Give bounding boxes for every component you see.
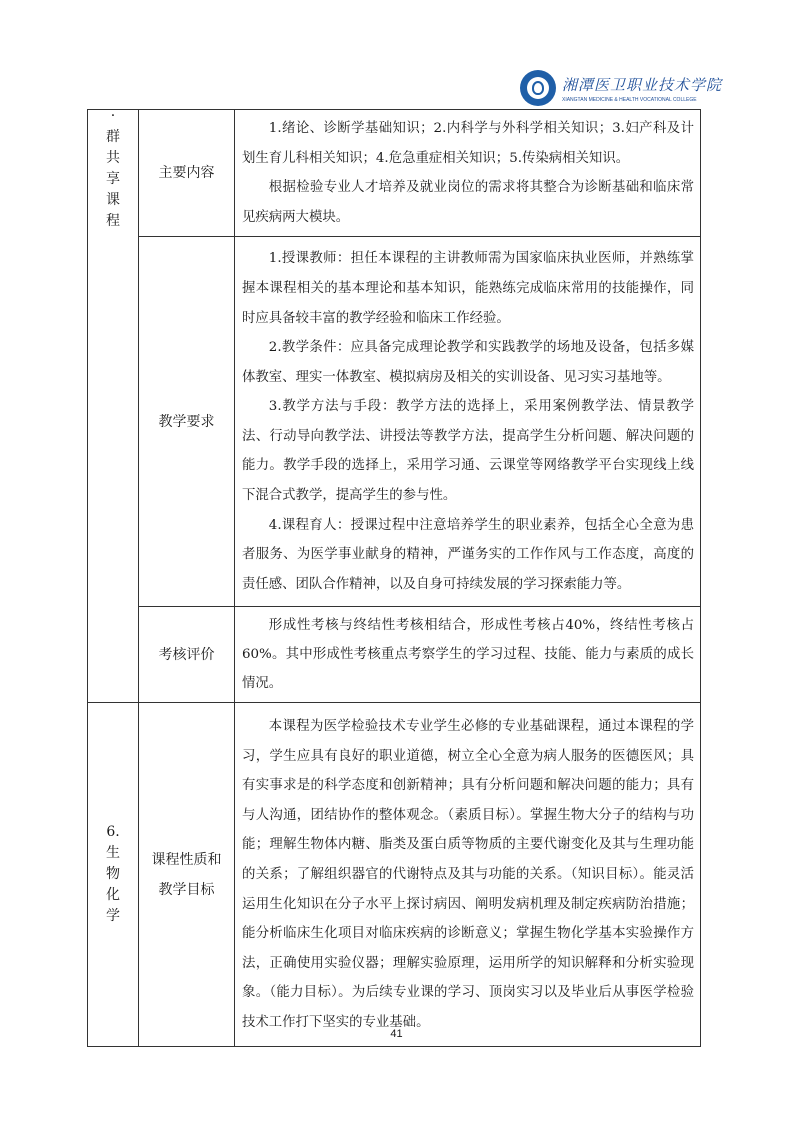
- category-char: ·: [88, 106, 138, 127]
- table-row: 6. 生 物 化 学 课程性质和 教学目标 本课程为医学检验技术专业学生必修的专…: [88, 703, 701, 1047]
- content-paragraph: 1.授课教师：担任本课程的主讲教师需为国家临床执业医师，并熟练掌握本课程相关的基…: [242, 244, 694, 333]
- category-char: 6.: [88, 822, 138, 843]
- category-char: 课: [88, 190, 138, 211]
- item-label-cell: 考核评价: [139, 607, 235, 703]
- content-paragraph: 4.课程育人：授课过程中注意培养学生的职业素养，包括全心全意为患者服务、为医学事…: [242, 511, 694, 600]
- content-paragraph: 根据检验专业人才培养及就业岗位的需求将其整合为诊断基础和临床常见疾病两大模块。: [242, 173, 694, 232]
- content-cell: 1.授课教师：担任本课程的主讲教师需为国家临床执业医师，并熟练掌握本课程相关的基…: [235, 237, 701, 607]
- content-cell: 本课程为医学检验技术专业学生必修的专业基础课程，通过本课程的学习，学生应具有良好…: [235, 703, 701, 1047]
- school-name: 湘潭医卫职业技术学院 XIANGTAN MEDICINE & HEALTH VO…: [562, 74, 722, 103]
- content-cell: 1.绪论、诊断学基础知识；2.内科学与外科学相关知识；3.妇产科及计划生育儿科相…: [235, 110, 701, 237]
- item-label: 教学要求: [159, 414, 215, 430]
- content-paragraph: 2.教学条件：应具备完成理论教学和实践教学的场地及设备，包括多媒体教室、理实一体…: [242, 333, 694, 392]
- school-name-cn: 湘潭医卫职业技术学院: [562, 74, 722, 95]
- category-cell: 6. 生 物 化 学: [88, 703, 139, 1047]
- item-label: 考核评价: [159, 647, 215, 663]
- content-paragraph: 1.绪论、诊断学基础知识；2.内科学与外科学相关知识；3.妇产科及计划生育儿科相…: [242, 114, 694, 173]
- item-label-line: 课程性质和: [139, 845, 234, 875]
- content-cell: 形成性考核与终结性考核相结合，形成性考核占40%，终结性考核占60%。其中形成性…: [235, 607, 701, 703]
- table-row: · 群 共 享 课 程 主要内容 1.绪论、诊断学基础知识；2.内科学与外科学相…: [88, 110, 701, 237]
- category-char: 化: [88, 885, 138, 906]
- item-label: 主要内容: [159, 165, 215, 181]
- item-label-cell: 课程性质和 教学目标: [139, 703, 235, 1047]
- content-paragraph: 形成性考核与终结性考核相结合，形成性考核占40%，终结性考核占60%。其中形成性…: [242, 611, 694, 698]
- item-label-cell: 教学要求: [139, 237, 235, 607]
- table-row: 教学要求 1.授课教师：担任本课程的主讲教师需为国家临床执业医师，并熟练掌握本课…: [88, 237, 701, 607]
- school-logo: 湘潭医卫职业技术学院 XIANGTAN MEDICINE & HEALTH VO…: [520, 68, 760, 108]
- category-char: 共: [88, 148, 138, 169]
- content-paragraph: 3.教学方法与手段：教学方法的选择上，采用案例教学法、情景教学法、行动导向教学法…: [242, 392, 694, 510]
- table-row: 考核评价 形成性考核与终结性考核相结合，形成性考核占40%，终结性考核占60%。…: [88, 607, 701, 703]
- category-char: 物: [88, 864, 138, 885]
- content-paragraph: 本课程为医学检验技术专业学生必修的专业基础课程，通过本课程的学习，学生应具有良好…: [242, 712, 694, 1038]
- category-char: 程: [88, 211, 138, 232]
- category-char: 享: [88, 169, 138, 190]
- school-name-en: XIANGTAN MEDICINE & HEALTH VOCATIONAL CO…: [562, 97, 722, 103]
- category-char: 生: [88, 843, 138, 864]
- course-table: · 群 共 享 课 程 主要内容 1.绪论、诊断学基础知识；2.内科学与外科学相…: [87, 109, 701, 1047]
- item-label-line: 教学目标: [139, 875, 234, 905]
- category-char: 学: [88, 906, 138, 927]
- page-number: 41: [0, 1028, 793, 1040]
- item-label-cell: 主要内容: [139, 110, 235, 237]
- school-emblem-icon: [520, 70, 556, 106]
- category-cell: · 群 共 享 课 程: [88, 110, 139, 703]
- category-char: 群: [88, 127, 138, 148]
